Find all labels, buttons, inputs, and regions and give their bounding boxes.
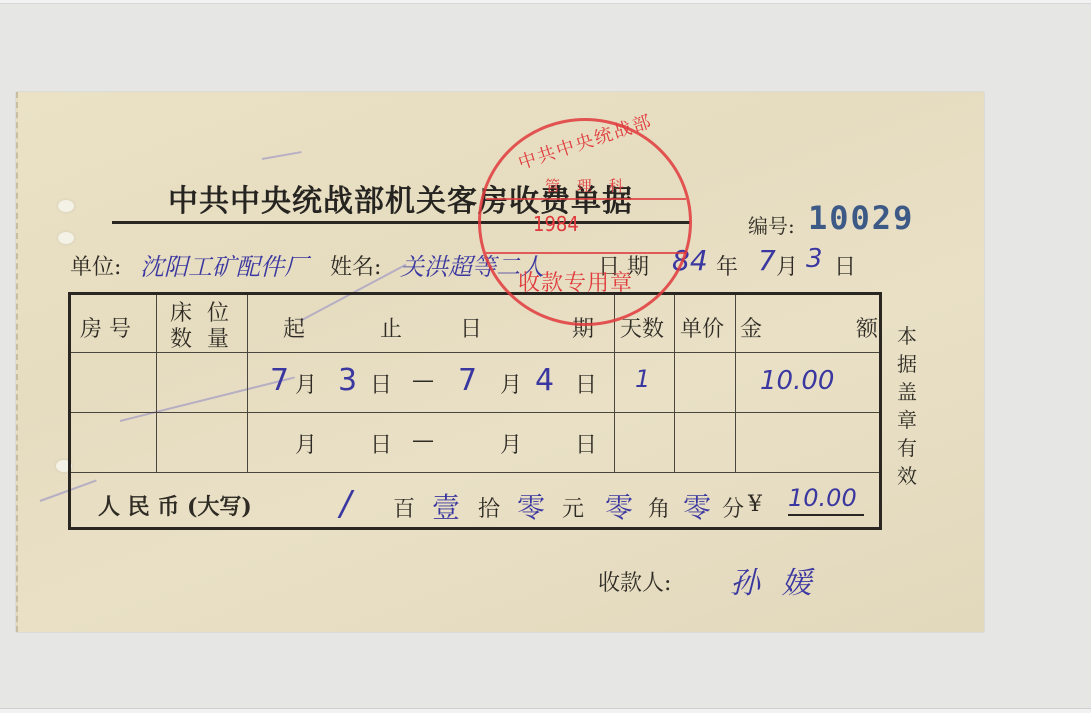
row1-amount: 10.00: [760, 366, 834, 396]
header-period-from: 起: [283, 312, 305, 343]
total-label: 人 民 币 (大写): [98, 490, 252, 521]
total-hundreds-value: /: [340, 484, 351, 524]
total-tens-unit: 拾: [478, 492, 500, 523]
row2-dash: —: [412, 428, 434, 453]
row1-from-month: 7: [270, 363, 289, 398]
row1-days: 1: [635, 365, 650, 393]
row2-month-char: 月: [295, 428, 317, 459]
total-fen-value: 零: [683, 486, 711, 526]
table-col-divider: [735, 295, 736, 472]
table-divider: [71, 472, 879, 473]
total-jiao-unit: 角: [648, 492, 670, 523]
date-month: 7: [758, 244, 776, 277]
header-unit-price: 单价: [680, 312, 724, 343]
row1-day-char: 日: [370, 368, 392, 399]
header-bed-count-bottom: 数 量: [170, 322, 233, 353]
seal-line: [486, 198, 686, 200]
cashier-label: 收款人:: [598, 566, 671, 597]
row1-from-day: 3: [338, 363, 357, 398]
row2-day-char-2: 日: [575, 428, 597, 459]
row1-to-month: 7: [458, 363, 477, 398]
month-char: 月: [776, 250, 798, 281]
row2-month-char-2: 月: [500, 428, 522, 459]
year-char: 年: [716, 250, 738, 281]
table-col-divider: [674, 295, 675, 472]
seal-dept-text: 管 理 科: [545, 175, 630, 196]
row2-day-char: 日: [370, 428, 392, 459]
seal-line: [486, 252, 686, 254]
validity-note: 本据盖章有效: [895, 322, 919, 490]
scanner-edge-bottom: [0, 708, 1091, 713]
unit-label: 单位:: [70, 250, 121, 281]
row1-dash: —: [412, 368, 434, 393]
header-period-day: 日: [460, 312, 482, 343]
serial-number: 10029: [808, 199, 914, 237]
scanner-edge-top: [0, 0, 1091, 4]
currency-symbol: ¥: [748, 492, 762, 517]
header-period-to: 止: [380, 312, 402, 343]
total-yuan-value: 零: [517, 486, 545, 526]
punch-hole: [58, 232, 74, 244]
row1-day-char-2: 日: [575, 368, 597, 399]
header-amount-left: 金: [740, 312, 762, 343]
total-tens-value: 壹: [432, 486, 460, 526]
cashier-signature: 孙 媛: [730, 558, 818, 602]
table-col-divider: [156, 295, 157, 472]
table-divider: [71, 412, 879, 413]
seal-purpose-text: 收款专用章: [518, 266, 633, 297]
punch-hole: [58, 200, 74, 212]
header-amount-right: 额: [856, 312, 878, 343]
seal-year: 1984: [533, 212, 579, 236]
row1-to-day: 4: [535, 363, 554, 398]
day-char: 日: [834, 250, 856, 281]
row1-month-char: 月: [295, 368, 317, 399]
total-jiao-value: 零: [605, 486, 633, 526]
total-yuan-unit: 元: [562, 492, 584, 523]
serial-label: 编号:: [748, 210, 795, 239]
date-day: 3: [806, 244, 823, 274]
header-room-no: 房 号: [80, 312, 131, 343]
total-numeric: 10.00: [788, 484, 864, 516]
name-label: 姓名:: [330, 250, 381, 281]
table-col-divider: [247, 295, 248, 472]
total-fen-unit: 分: [722, 492, 744, 523]
unit-value: 沈阳工矿配件厂: [140, 247, 308, 282]
row1-month-char-2: 月: [500, 368, 522, 399]
total-hundreds-unit: 百: [393, 492, 415, 523]
